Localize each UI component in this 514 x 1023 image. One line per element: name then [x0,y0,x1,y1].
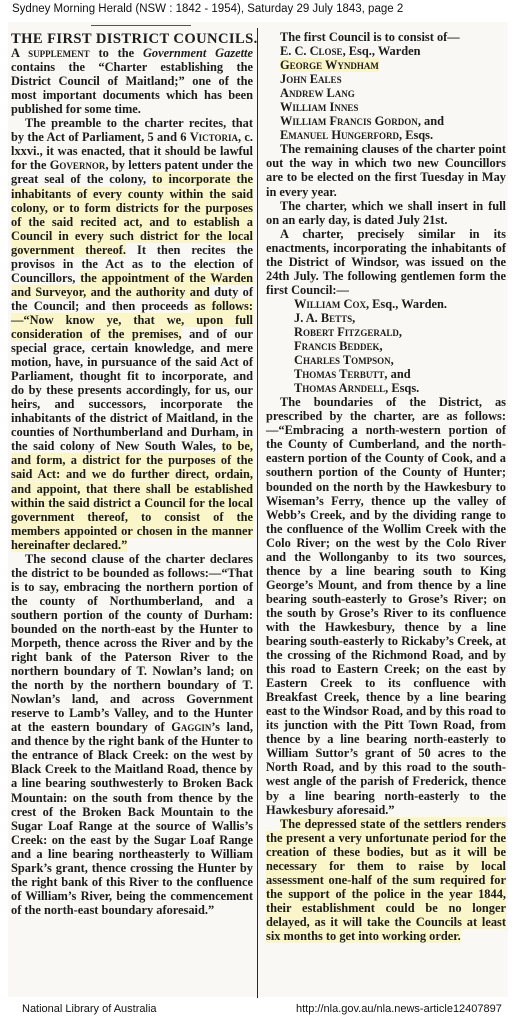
paragraph-depressed-state: The depressed state of the settlers rend… [266,817,506,943]
maitland-council-list: E. C. Close, Esq., Warden George Wyndham… [266,44,506,142]
council-member: William Francis Gordon, and [280,114,506,128]
paragraph-preamble: The preamble to the charter recites, tha… [11,116,253,551]
council-member: Andrew Lang [280,86,506,100]
paragraph-remaining-clauses: The remaining clauses of the charter poi… [266,142,506,198]
council-member: Robert Fitzgerald, [294,325,506,339]
maitland-council-intro: The first Council is to consist of— [266,30,506,44]
source-citation: Sydney Morning Herald (NSW : 1842 - 1954… [12,3,403,15]
paragraph-windsor: A charter, precisely similar in its enac… [266,227,506,297]
footer-article-url[interactable]: http://nla.gov.au/nla.news-article124078… [296,1003,502,1015]
highlight-text: to be, and form, a district for the purp… [11,439,253,551]
headline-rule [91,25,191,26]
council-member: John Eales [280,72,506,86]
footer-library-name: National Library of Australia [22,1003,157,1015]
gazette-title: Government Gazette [143,46,253,60]
council-member: Emanuel Hungerford, Esqs. [280,128,506,142]
paragraph-charter-date: The charter, which we shall insert in fu… [266,199,506,227]
windsor-council-list: William Cox, Esq., Warden. J. A. Betts, … [266,297,506,395]
council-member: George Wyndham [280,58,506,72]
council-member: Francis Beddek, [294,339,506,353]
council-member: Thomas Terbutt, and [294,367,506,381]
article-headline: THE FIRST DISTRICT COUNCILS. [11,32,253,46]
lead-words: A supplement [11,46,90,60]
left-column: THE FIRST DISTRICT COUNCILS. A supplemen… [11,22,253,997]
council-member: J. A. Betts, [294,311,506,325]
council-member: Charles Tompson, [294,353,506,367]
highlight-text: The depressed state of the settlers rend… [266,817,506,943]
council-member: Thomas Arndell, Esqs. [294,381,506,395]
council-member: William Cox, Esq., Warden. [294,297,506,311]
council-member: E. C. Close, Esq., Warden [280,44,506,58]
column-divider [257,28,258,998]
paragraph-second-clause: The second clause of the charter declare… [11,552,253,917]
newspaper-clipping: THE FIRST DISTRICT COUNCILS. A supplemen… [8,22,508,997]
right-column: The first Council is to consist of— E. C… [266,22,506,997]
paragraph-intro: A supplement to the Government Gazette c… [11,46,253,116]
council-member: William Innes [280,100,506,114]
paragraph-boundaries: The boundaries of the District, as presc… [266,395,506,816]
